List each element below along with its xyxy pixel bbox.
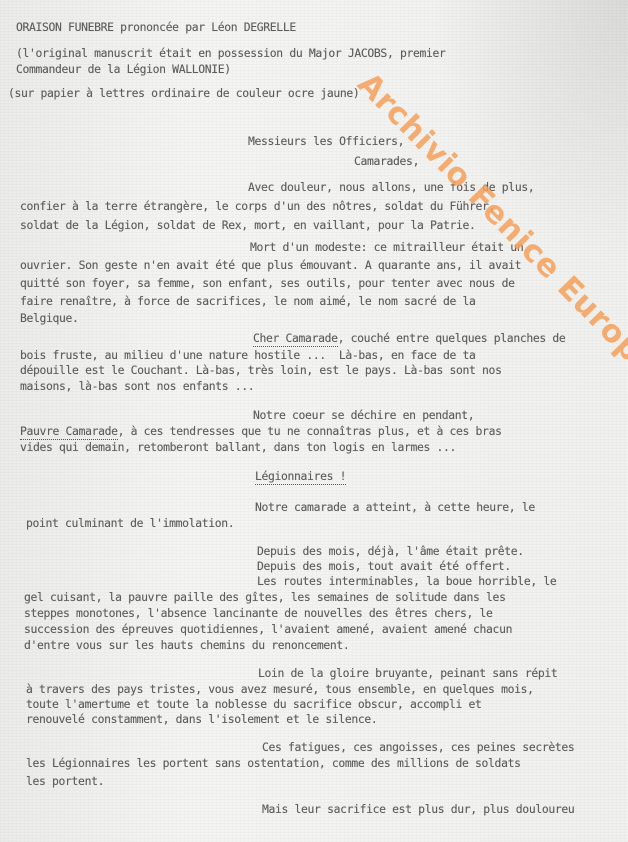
paragraph-6-line: gel cuisant, la pauvre paille des gîtes,… (24, 590, 506, 604)
paragraph-3-line: maisons, là-bas sont nos enfants ... (20, 379, 254, 393)
paragraph-6-line: Depuis des mois, déjà, l'âme était prête… (257, 544, 524, 558)
salutation-officers: Messieurs les Officiers, (248, 134, 404, 148)
paragraph-7-line: renouvelé constamment, dans l'isolement … (26, 712, 377, 726)
paragraph-6-line: d'entre vous sur les hauts chemins du re… (24, 638, 349, 652)
paragraph-3-line: dépouille est le Couchant. Là-bas, très … (20, 363, 502, 377)
paragraph-8-line: Ces fatigues, ces angoisses, ces peines … (262, 740, 574, 754)
paragraph-5-line: point culminant de l'immolation. (26, 516, 234, 530)
paragraph-9-line: Mais leur sacrifice est plus dur, plus d… (262, 802, 574, 816)
paragraph-2-line: Mort d'un modeste: ce mitrailleur était … (250, 240, 523, 254)
paragraph-7-line: Loin de la gloire bruyante, peinant sans… (258, 666, 557, 680)
paragraph-6-line: succession des épreuves quotidiennes, l'… (24, 622, 512, 636)
paragraph-6-line: Les routes interminables, la boue horrib… (257, 574, 556, 588)
paragraph-2-line: Belgique. (20, 311, 79, 325)
paragraph-2-line: ouvrier. Son geste n'en avait été que pl… (20, 258, 521, 272)
paragraph-2-line: quitté son foyer, sa femme, son enfant, … (20, 276, 515, 290)
paragraph-1-line: confier à la terre étrangère, le corps d… (20, 199, 495, 213)
paragraph-3-text: , couché entre quelques planches de (338, 331, 566, 345)
salutation-comrades: Camarades, (354, 154, 419, 168)
section-heading: Légionnaires ! (255, 469, 346, 483)
provenance-note-line-2: Commandeur de la Légion WALLONIE) (16, 62, 231, 76)
underlined-address: Cher Camarade (253, 331, 338, 347)
paragraph-7-line: à travers des pays tristes, vous avez me… (26, 682, 534, 696)
paragraph-1-line: soldat de la Légion, soldat de Rex, mort… (20, 218, 476, 232)
paragraph-1-line: Avec douleur, nous allons, une fois de p… (248, 180, 534, 194)
paragraph-8-line: les Légionnaires les portent sans ostent… (26, 756, 521, 770)
paragraph-8-line: les portent. (26, 774, 104, 788)
paragraph-3-line: Cher Camarade, couché entre quelques pla… (253, 331, 565, 345)
paragraph-4-text: , à ces tendresses que tu ne connaîtras … (118, 424, 502, 438)
paragraph-4-line: Pauvre Camarade, à ces tendresses que tu… (20, 424, 502, 438)
paragraph-2-line: faire renaître, à force de sacrifices, l… (20, 294, 476, 308)
paper-note: (sur papier à lettres ordinaire de coule… (8, 86, 359, 100)
paragraph-7-line: toute l'amertume et toute la noblesse du… (26, 697, 482, 711)
provenance-note-line-1: (l'original manuscrit était en possessio… (16, 46, 446, 60)
paragraph-4-line: Notre coeur se déchire en pendant, (253, 408, 474, 422)
paragraph-6-line: Depuis des mois, tout avait été offert. (257, 559, 511, 573)
heading-legionnaires: Légionnaires ! (255, 469, 346, 485)
paragraph-4-line: vides qui demain, retomberont ballant, d… (20, 440, 456, 454)
paragraph-6-line: steppes monotones, l'absence lancinante … (24, 606, 493, 620)
document-title: ORAISON FUNEBRE prononcée par Léon DEGRE… (16, 20, 296, 34)
paragraph-5-line: Notre camarade a atteint, à cette heure,… (255, 500, 535, 514)
paragraph-3-line: bois fruste, au milieu d'une nature host… (20, 348, 476, 362)
underlined-address: Pauvre Camarade (20, 424, 118, 440)
scanned-page: ORAISON FUNEBRE prononcée par Léon DEGRE… (0, 0, 628, 842)
